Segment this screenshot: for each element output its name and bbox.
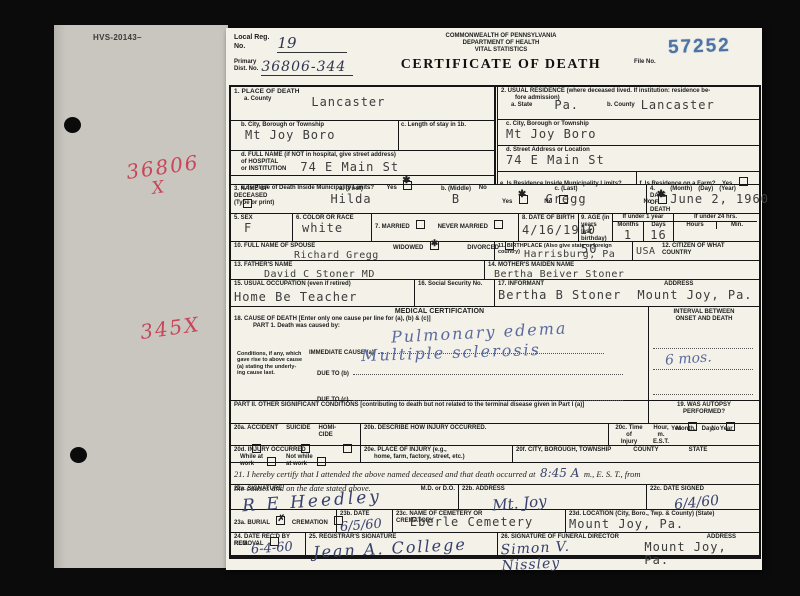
field-date-signed: 22c. DATE SIGNED 6/4/60 xyxy=(647,485,759,509)
deceased-title-2: DECEASED xyxy=(234,193,296,200)
field-injury-occurred: 20d. INJURY OCCURRED While at work Not w… xyxy=(231,446,361,462)
dod-value: June 2, 1960 xyxy=(670,193,769,206)
residence-state-value: Pa. xyxy=(554,99,579,112)
citizen-value: USA xyxy=(636,246,656,257)
field-ssn: 16. Social Security No. xyxy=(415,280,495,306)
sex-label: 5. SEX xyxy=(234,215,289,222)
under-24-hrs-label: If under 24 hrs. xyxy=(674,214,757,222)
year-col-label: Year xyxy=(720,426,733,444)
informant-address-label: ADDRESS xyxy=(664,281,693,288)
field-citizen: USA 12. CITIZEN OF WHAT COUNTRY xyxy=(633,242,759,260)
field-place-of-death: 1. PLACE OF DEATH a. County Lancaster b.… xyxy=(231,87,495,184)
row-physician: 22a. SIGNATURE M.D. or D.O. R E Heedley … xyxy=(231,485,759,510)
field-cemetery: 23c. NAME OF CEMETERY OR CREMATORY Eberl… xyxy=(393,510,566,532)
deceased-title-1: 3. NAME OF xyxy=(234,186,296,193)
hour-label: Hour, xyxy=(646,425,676,432)
certificate-title: CERTIFICATE OF DEATH xyxy=(376,57,626,73)
date-recd-label-2: REG. xyxy=(234,541,249,556)
field-marital-status: 7. MARRIED NEVER MARRIED WIDOWED ✱ DIVOR… xyxy=(372,214,519,241)
length-of-stay-label: c. Length of stay in 1b. xyxy=(401,122,466,129)
date-recd-value: 6-4-60 xyxy=(250,539,293,557)
file-no-text: File No. xyxy=(634,59,656,65)
homicide-label-2: CIDE xyxy=(318,432,336,439)
informant-address: Mount Joy, Pa. xyxy=(637,289,752,302)
hole-punch-top xyxy=(64,117,81,133)
field-autopsy: 19. WAS AUTOPSY PERFORMED? Yes No xyxy=(649,401,759,423)
race-value: white xyxy=(302,222,368,235)
citizen-label-2: COUNTRY xyxy=(662,250,756,257)
residence-street-value: 74 E Main St xyxy=(506,154,756,167)
birthplace-value: Harrisburg, Pa xyxy=(524,249,615,260)
min-label: Min. xyxy=(717,222,757,229)
conditions-line4: ing cause last. xyxy=(237,370,309,376)
field-registrar-signature: 25. REGISTRAR'S SIGNATURE Jean A. Colleg… xyxy=(306,533,498,555)
residence-title-state-row: 2. USUAL RESIDENCE (where deceased lived… xyxy=(498,87,759,119)
field-mother: 14. MOTHER'S MAIDEN NAME Bertha Beiver S… xyxy=(485,261,759,279)
funeral-director-address: Mount Joy, Pa. xyxy=(644,541,756,571)
row-parents: 13. FATHER'S NAME David C Stoner MD 14. … xyxy=(231,261,759,280)
certify-text-2: m., E. S. T., from xyxy=(584,469,641,479)
residence-city-cell: c. City, Borough or Township Mt Joy Boro xyxy=(498,119,759,146)
interval-label-2: ONSET AND DEATH xyxy=(649,316,759,323)
time-injury-label-3: Injury xyxy=(612,439,646,446)
field-color-race: 6. COLOR OR RACE white xyxy=(293,214,372,241)
residence-county-value: Lancaster xyxy=(641,99,715,112)
middle-name-value: B xyxy=(406,193,506,206)
certify-text-1: 21. I hereby certify that I attended the… xyxy=(234,469,536,479)
while-at-label: While at xyxy=(240,454,263,461)
informant-label: 17. INFORMANT xyxy=(498,281,544,288)
field-name-of-deceased: 3. NAME OF DECEASED (Type or print) a. (… xyxy=(231,185,647,213)
field-place-of-injury: 20e. PLACE OF INJURY (e.g., home, farm, … xyxy=(361,446,513,462)
months-value: 1 xyxy=(613,229,643,242)
part2-label: PART II. OTHER SIGNIFICANT CONDITIONS [c… xyxy=(234,402,645,409)
never-married-checkbox xyxy=(494,220,503,229)
autopsy-label-2: PERFORMED? xyxy=(652,409,756,416)
father-value: David C Stoner MD xyxy=(264,269,481,280)
dob-value: 4/16/1910 xyxy=(522,224,575,237)
residence-muni-farm-row: e. Is Residence Inside Municipality Limi… xyxy=(498,172,759,184)
county-value: Lancaster xyxy=(311,96,385,109)
primary-label: Primary xyxy=(234,59,258,66)
certificate-header: Local Reg. No. 19 Primary Dist. No. 3680… xyxy=(226,28,762,85)
commonwealth-line1: COMMONWEALTH OF PENNSYLVANIA xyxy=(376,33,626,40)
hospital-label-3: or INSTITUTION xyxy=(241,166,286,173)
hours-label: Hours xyxy=(674,222,716,229)
residence-street-cell: d. Street Address or Location 74 E Main … xyxy=(498,146,759,172)
local-reg-no-label: No. xyxy=(234,43,269,52)
days-value: 16 xyxy=(644,229,673,242)
hole-punch-bottom xyxy=(70,447,87,463)
dod-title-3: DEATH xyxy=(650,207,670,214)
age-label-1: 9. AGE (in years xyxy=(581,215,610,229)
month-col-label: Month, xyxy=(676,426,696,444)
place-of-death-county: 1. PLACE OF DEATH a. County Lancaster xyxy=(231,87,494,120)
cemetery-value: Eberle Cemetery xyxy=(410,516,533,529)
dod-title-2: OF xyxy=(650,200,670,207)
row-occupation-informant: 15. USUAL OCCUPATION (even if retired) H… xyxy=(231,280,759,307)
commonwealth-line2: DEPARTMENT OF HEALTH xyxy=(376,40,626,47)
row-sex-age: 5. SEX F 6. COLOR OR RACE white 7. MARRI… xyxy=(231,214,759,242)
interval-label-1: INTERVAL BETWEEN xyxy=(649,309,759,316)
row-registrar: 24. DATE REC'D BY REG. 6-4-60 25. REGIST… xyxy=(231,533,759,557)
how-injury-label: 20b. DESCRIBE HOW INJURY OCCURRED. xyxy=(364,425,605,432)
row-place-residence: 1. PLACE OF DEATH a. County Lancaster b.… xyxy=(231,87,759,185)
file-no-label: File No. xyxy=(634,50,656,68)
file-no-stamp: 57252 xyxy=(668,35,732,59)
m-label: m. xyxy=(646,432,676,439)
father-label: 13. FATHER'S NAME xyxy=(234,262,481,269)
red-annotation-x: X xyxy=(151,177,168,199)
day-col-label: Day, xyxy=(702,426,714,444)
married-label: 7. MARRIED xyxy=(375,224,410,230)
residence-county-label: b. County xyxy=(607,102,635,112)
suicide-label: SUICIDE xyxy=(286,425,310,439)
place-city-value: Mt Joy Boro xyxy=(245,129,395,142)
mother-value: Bertha Beiver Stoner xyxy=(494,269,756,280)
mother-label: 14. MOTHER'S MAIDEN NAME xyxy=(488,262,756,269)
field-date-of-birth: 8. DATE OF BIRTH 4/16/1910 xyxy=(519,214,579,241)
row-certify: 21. I hereby certify that I attended the… xyxy=(231,463,759,485)
married-checkbox xyxy=(416,220,425,229)
occupation-value: Home Be Teacher xyxy=(234,291,411,304)
cremation-label: CREMATION xyxy=(292,520,328,526)
field-physician-signature: 22a. SIGNATURE M.D. or D.O. R E Heedley xyxy=(231,485,459,509)
accident-label: 20a. ACCIDENT xyxy=(234,425,278,439)
county-label: a. County xyxy=(244,96,271,109)
dist-no-value: 36806-344 xyxy=(261,59,353,76)
last-name-value: Gregg xyxy=(506,193,626,206)
certify-time: 8:45 A xyxy=(540,466,579,480)
hospital-label-1: d. FULL NAME (if NOT in hospital, give s… xyxy=(241,152,491,159)
row-injury-2: 20d. INJURY OCCURRED While at work Not w… xyxy=(231,446,759,463)
injury-state-label: STATE xyxy=(689,447,708,461)
local-reg-value: 19 xyxy=(277,34,347,53)
deceased-title-3: (Type or print) xyxy=(234,200,296,207)
interval-value: 6 mos. xyxy=(664,349,712,368)
est-label: E.S.T. xyxy=(646,439,676,446)
cause-of-death-label: 18. CAUSE OF DEATH [Enter only one cause… xyxy=(234,316,648,323)
field-father: 13. FATHER'S NAME David C Stoner MD xyxy=(231,261,485,279)
field-informant: 17. INFORMANT ADDRESS Bertha B Stoner Mo… xyxy=(495,280,759,306)
autopsy-label-1: 19. WAS AUTOPSY xyxy=(652,402,756,409)
field-burial-location: 23d. LOCATION (City, Boro., Twp. & Count… xyxy=(566,510,759,532)
row-burial: 23a. BURIAL ✗ CREMATION REMOVAL 23b. DAT… xyxy=(231,510,759,533)
residence-muni-cell: e. Is Residence Inside Municipality Limi… xyxy=(498,172,637,184)
field-date-of-death: 4. DATE OF DEATH (Month) (Day) (Year) Ju… xyxy=(647,185,759,213)
hospital-cell: d. FULL NAME (if NOT in hospital, give s… xyxy=(231,151,494,176)
birthplace-label-2: country) xyxy=(498,249,520,260)
place-injury-label-1: 20e. PLACE OF INJURY (e.g., xyxy=(364,447,509,454)
commonwealth-block: COMMONWEALTH OF PENNSYLVANIA DEPARTMENT … xyxy=(376,33,626,73)
place-injury-label-2: home, farm, factory, street, etc.) xyxy=(374,454,509,461)
field-burial-date: 23b. DATE 6/5/60 xyxy=(337,510,393,532)
spouse-label: 10. FULL NAME OF SPOUSE xyxy=(234,243,491,250)
field-burial-cremation: 23a. BURIAL ✗ CREMATION REMOVAL xyxy=(231,510,337,532)
not-while-label: Not while xyxy=(286,454,313,461)
length-of-stay-cell: c. Length of stay in 1b. xyxy=(399,121,468,150)
conditions-line2: gave rise to above cause xyxy=(237,357,309,363)
homicide-label-1: HOMI- xyxy=(318,425,336,432)
signature-label: 22a. SIGNATURE xyxy=(234,486,282,493)
field-usual-residence: 2. USUAL RESIDENCE (where deceased lived… xyxy=(495,87,759,184)
field-accident-suicide: 20a. ACCIDENT SUICIDE HOMI- CIDE xyxy=(231,424,361,445)
field-occupation: 15. USUAL OCCUPATION (even if retired) H… xyxy=(231,280,415,306)
hvs-stamp: HVS-20143– xyxy=(93,33,142,42)
row-injury-1: 20a. ACCIDENT SUICIDE HOMI- CIDE 20b. DE… xyxy=(231,424,759,446)
row-name-dateofdeath: 3. NAME OF DECEASED (Type or print) a. (… xyxy=(231,185,759,214)
place-city-cell: b. City, Borough or Township Mt Joy Boro xyxy=(231,121,399,150)
field-funeral-director: 26. SIGNATURE OF FUNERAL DIRECTOR ADDRES… xyxy=(498,533,759,555)
funeral-director-signature: Simon V. Nissley xyxy=(500,536,631,575)
injury-occurred-label: 20d. INJURY OCCURRED xyxy=(234,447,357,454)
dod-title-1: 4. DATE xyxy=(650,186,670,200)
occupation-label: 15. USUAL OCCUPATION (even if retired) xyxy=(234,281,411,288)
field-date-received: 24. DATE REC'D BY REG. 6-4-60 xyxy=(231,533,306,555)
residence-state-label: a. State xyxy=(511,102,532,112)
age-label-2: last birthday) xyxy=(581,229,610,243)
under-1-year-label: If under 1 year xyxy=(613,214,673,222)
burial-checkbox: ✗ xyxy=(276,516,285,525)
certify-statement: 21. I hereby certify that I attended the… xyxy=(231,463,759,484)
field-birthplace: 11. BIRTHPLACE (Also give state or forei… xyxy=(495,242,633,260)
injury-county-label: COUNTY xyxy=(633,447,658,461)
medical-title: MEDICAL CERTIFICATION xyxy=(231,308,648,316)
local-reg-block: Local Reg. No. 19 Primary Dist. No. 3680… xyxy=(234,34,354,76)
sex-value: F xyxy=(244,222,289,235)
time-injury-label-2: of xyxy=(612,432,646,439)
row-spouse-birthplace: 10. FULL NAME OF SPOUSE Richard Gregg 11… xyxy=(231,242,759,261)
due-to-b-line: DUE TO (b) xyxy=(317,362,645,380)
row-part2-autopsy: PART II. OTHER SIGNIFICANT CONDITIONS [c… xyxy=(231,401,759,424)
spouse-value: Richard Gregg xyxy=(294,250,491,261)
burial-mark: ✗ xyxy=(277,514,285,524)
interval-column: INTERVAL BETWEEN ONSET AND DEATH 6 mos. xyxy=(649,307,759,400)
citizen-label-1: 12. CITIZEN OF WHAT xyxy=(662,243,756,250)
first-name-value: Hilda xyxy=(296,193,406,206)
residence-city-value: Mt Joy Boro xyxy=(506,128,756,141)
hospital-label-2: of HOSPITAL xyxy=(241,159,286,166)
hospital-value: 74 E Main St xyxy=(300,161,399,174)
residence-farm-cell: f. Is Residence on a Farm? Yes No ✱ xyxy=(637,172,759,184)
place-city-row: b. City, Borough or Township Mt Joy Boro… xyxy=(231,120,494,151)
field-age: 9. AGE (in years last birthday) 50 If un… xyxy=(579,214,757,241)
medical-main: MEDICAL CERTIFICATION 18. CAUSE OF DEATH… xyxy=(231,307,649,400)
burial-location-value: Mount Joy, Pa. xyxy=(569,518,756,531)
dob-label: 8. DATE OF BIRTH xyxy=(522,215,575,222)
field-how-injury: 20b. DESCRIBE HOW INJURY OCCURRED. xyxy=(361,424,609,445)
commonwealth-line3: VITAL STATISTICS xyxy=(376,47,626,54)
time-injury-label-1: 20c. Time xyxy=(612,425,646,432)
ssn-label: 16. Social Security No. xyxy=(418,281,491,288)
field-injury-city: 20f. CITY, BOROUGH, TOWNSHIP COUNTY STAT… xyxy=(513,446,759,462)
never-married-label: NEVER MARRIED xyxy=(438,224,488,230)
injury-city-label: 20f. CITY, BOROUGH, TOWNSHIP xyxy=(516,447,611,461)
residence-title-1: 2. USUAL RESIDENCE (where deceased lived… xyxy=(501,88,756,95)
field-time-of-injury: 20c. Time of Injury Hour, m. E.S.T. Mont… xyxy=(609,424,759,445)
due-to-b-label: DUE TO (b) xyxy=(317,371,349,377)
page-edge-strip xyxy=(54,25,228,568)
informant-name: Bertha B Stoner xyxy=(498,289,621,302)
conditions-note: Conditions, if any, which gave rise to a… xyxy=(237,351,309,376)
field-spouse: 10. FULL NAME OF SPOUSE Richard Gregg xyxy=(231,242,495,260)
burial-label: 23a. BURIAL xyxy=(234,520,270,526)
field-sex: 5. SEX F xyxy=(231,214,293,241)
dist-no-label: Dist. No. xyxy=(234,66,258,73)
death-certificate: Local Reg. No. 19 Primary Dist. No. 3680… xyxy=(226,28,762,570)
residence-title-2: fore admission) xyxy=(515,95,756,102)
row-medical-certification: MEDICAL CERTIFICATION 18. CAUSE OF DEATH… xyxy=(231,307,759,401)
form-grid: 1. PLACE OF DEATH a. County Lancaster b.… xyxy=(229,85,761,559)
part2-cell: PART II. OTHER SIGNIFICANT CONDITIONS [c… xyxy=(231,401,649,423)
field-physician-address: 22b. ADDRESS Mt. Joy xyxy=(459,485,647,509)
local-reg-label: Local Reg. xyxy=(234,34,269,43)
